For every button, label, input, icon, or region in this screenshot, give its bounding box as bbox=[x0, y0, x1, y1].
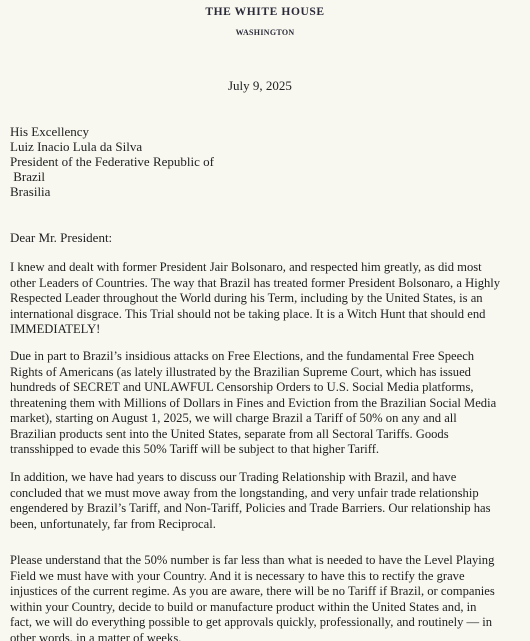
paragraph-line: Due in part to Brazil’s insidious attack… bbox=[10, 349, 530, 365]
paragraph-line: engendered by Brazil’s Tariff, and Non-T… bbox=[10, 501, 530, 517]
letter-page: THE WHITE HOUSE WASHINGTON July 9, 2025 … bbox=[0, 0, 530, 641]
letter-date: July 9, 2025 bbox=[228, 78, 292, 94]
paragraph-line: IMMEDIATELY! bbox=[10, 322, 530, 338]
paragraph-line: threatening them with Millions of Dollar… bbox=[10, 396, 530, 412]
addressee-line: His Excellency bbox=[10, 124, 214, 139]
addressee-block: His Excellency Luiz Inacio Lula da Silva… bbox=[10, 124, 214, 199]
paragraph-line: market), starting on August 1, 2025, we … bbox=[10, 411, 530, 427]
paragraph-line: Field we must have with your Country. An… bbox=[10, 569, 530, 585]
paragraph-line: Please understand that the 50% number is… bbox=[10, 553, 530, 569]
letterhead-title: THE WHITE HOUSE bbox=[0, 6, 530, 18]
addressee-line: Brazil bbox=[10, 169, 214, 184]
paragraph-level-playing-field: Please understand that the 50% number is… bbox=[10, 553, 530, 641]
paragraph-line: fact, we will do everything possible to … bbox=[10, 615, 530, 631]
paragraph-line: concluded that we must move away from th… bbox=[10, 486, 530, 502]
paragraph-line: transshipped to evade this 50% Tariff wi… bbox=[10, 442, 530, 458]
paragraph-line: other words, in a matter of weeks. bbox=[10, 631, 530, 641]
paragraph-line: international disgrace. This Trial shoul… bbox=[10, 307, 530, 323]
paragraph-line: Respected Leader throughout the World du… bbox=[10, 291, 530, 307]
paragraph-line: I knew and dealt with former President J… bbox=[10, 260, 530, 276]
letterhead-subtitle: WASHINGTON bbox=[0, 28, 530, 37]
paragraph-tariff: Due in part to Brazil’s insidious attack… bbox=[10, 349, 530, 458]
paragraph-trade-relationship: In addition, we have had years to discus… bbox=[10, 470, 530, 532]
paragraph-line: hundreds of SECRET and UNLAWFUL Censorsh… bbox=[10, 380, 530, 396]
paragraph-line: injustices of the current regime. As you… bbox=[10, 584, 530, 600]
paragraph-line: In addition, we have had years to discus… bbox=[10, 470, 530, 486]
addressee-line: Luiz Inacio Lula da Silva bbox=[10, 139, 214, 154]
paragraph-line: Rights of Americans (as lately illustrat… bbox=[10, 365, 530, 381]
salutation: Dear Mr. President: bbox=[10, 230, 112, 246]
paragraph-bolsonaro: I knew and dealt with former President J… bbox=[10, 260, 530, 338]
addressee-line: Brasilia bbox=[10, 184, 214, 199]
paragraph-line: other Leaders of Countries. The way that… bbox=[10, 276, 530, 292]
paragraph-line: Brazilian products sent into the United … bbox=[10, 427, 530, 443]
paragraph-line: within your Country, decide to build or … bbox=[10, 600, 530, 616]
paragraph-line: been, unfortunately, far from Reciprocal… bbox=[10, 517, 530, 533]
addressee-line: President of the Federative Republic of bbox=[10, 154, 214, 169]
